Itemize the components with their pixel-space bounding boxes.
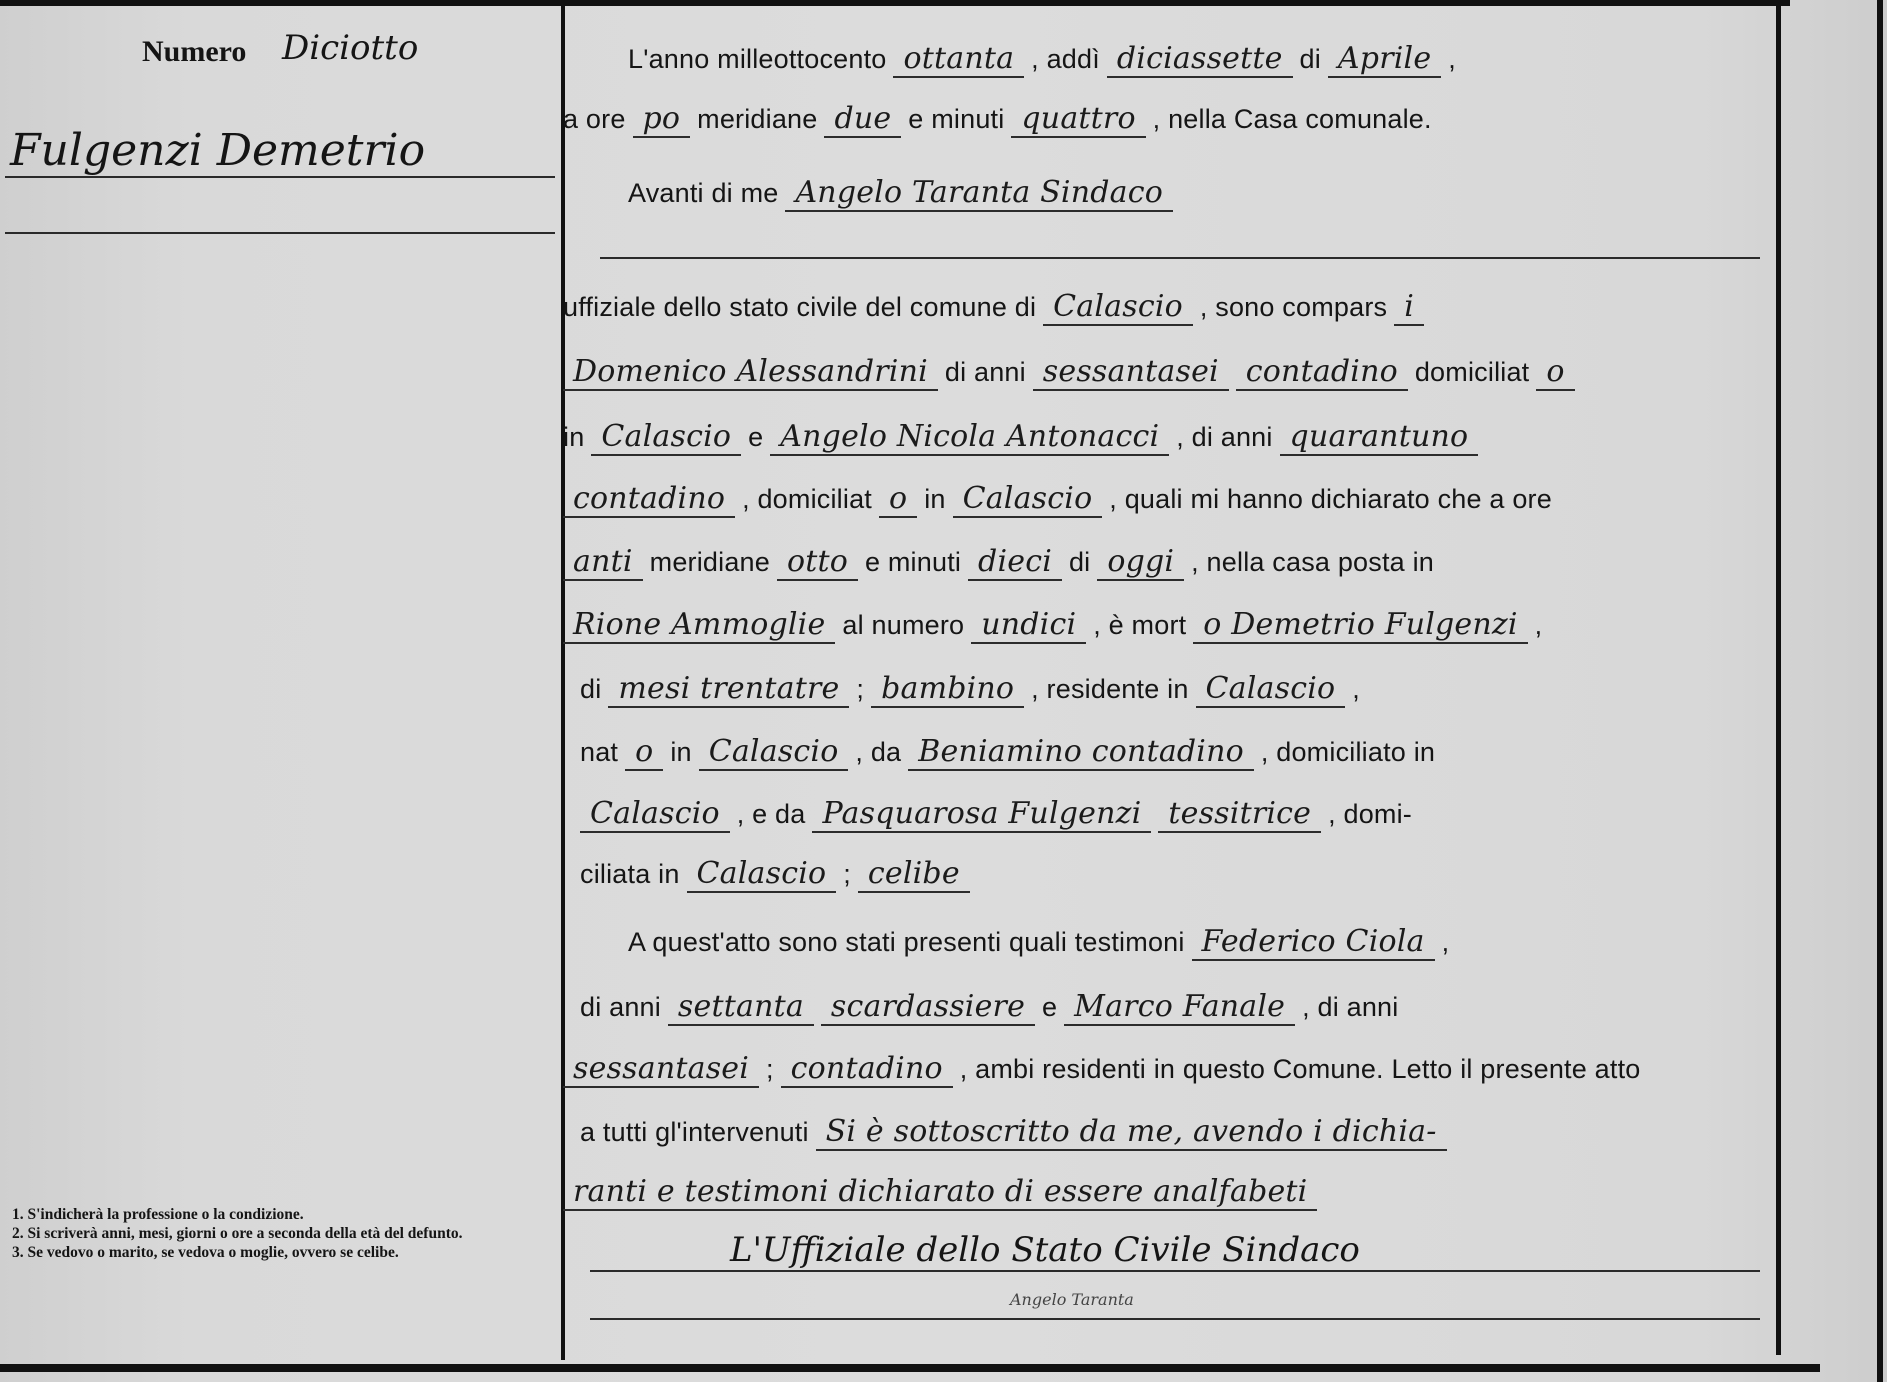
printed-text: , domiciliato in [1261,737,1435,767]
handwritten-entry: po [633,102,691,138]
printed-text: in [924,484,945,514]
deceased-name-margin: Fulgenzi Demetrio [10,125,425,176]
record-line: A quest'atto sono stati presenti quali t… [628,925,1449,961]
bottom-border [0,1364,1820,1372]
printed-text: , [1535,610,1543,640]
handwritten-entry: Rione Ammoglie [563,608,835,644]
record-line: a tutti gl'intervenuti Si è sottoscritto… [580,1115,1447,1151]
handwritten-entry: bambino [871,672,1024,708]
printed-text: di [1300,44,1321,74]
handwritten-entry: diciassette [1107,42,1293,78]
printed-text: in [563,422,584,452]
printed-text: ; [856,674,864,704]
record-line: di mesi trentatre ; bambino , residente … [580,672,1360,708]
printed-text: , ambi residenti in questo Comune. Letto… [960,1054,1641,1084]
handwritten-entry: Calascio [1196,672,1346,708]
handwritten-entry: sessantasei [563,1052,759,1088]
margin-divider [561,0,565,1360]
official-signature-line: L'Uffiziale dello Stato Civile Sindaco [730,1230,1360,1270]
printed-text: meridiane [697,104,817,134]
printed-text: e [1042,992,1057,1022]
handwritten-entry: Calascio [591,420,741,456]
printed-text: , di anni [1176,422,1272,452]
body-rule-a [600,257,1760,259]
handwritten-entry: i [1394,290,1424,326]
record-line: Avanti di me Angelo Taranta Sindaco [628,176,1173,212]
record-line: anti meridiane otto e minuti dieci di og… [563,545,1434,581]
footnote-1: 1. S'indicherà la professione o la condi… [12,1205,557,1224]
printed-text: meridiane [650,547,770,577]
top-border [0,0,1790,6]
handwritten-entry: quattro [1011,102,1145,138]
printed-text: ; [766,1054,774,1084]
handwritten-entry: settanta [668,990,814,1026]
printed-text: A quest'atto sono stati presenti quali t… [628,927,1185,957]
record-line: a ore po meridiane due e minuti quattro … [563,102,1432,138]
handwritten-entry: scardassiere [821,990,1035,1026]
printed-text: , domi- [1328,799,1412,829]
handwritten-entry: sessantasei [1033,355,1229,391]
document-page: Numero Diciotto Fulgenzi Demetrio 1. S'i… [0,0,1887,1382]
printed-text: , [1442,927,1450,957]
footnote-2: 2. Si scriverà anni, mesi, giorni o ore … [12,1224,557,1243]
printed-text: di anni [945,357,1026,387]
handwritten-entry: undici [971,608,1086,644]
printed-text: , addì [1031,44,1100,74]
printed-text: , e da [737,799,806,829]
printed-text: nat [580,737,618,767]
record-line: in Calascio e Angelo Nicola Antonacci , … [563,420,1478,456]
printed-text: di [580,674,601,704]
printed-text: , nella casa posta in [1191,547,1434,577]
handwritten-entry: Calascio [699,735,849,771]
record-line: contadino , domiciliat o in Calascio , q… [563,482,1552,518]
margin-rule-2 [5,232,555,234]
printed-text: Avanti di me [628,178,778,208]
printed-text: , è mort [1093,610,1186,640]
handwritten-entry: Calascio [953,482,1103,518]
record-line: L'anno milleottocento ottanta , addì dic… [628,42,1456,78]
record-line: uffiziale dello stato civile del comune … [563,290,1424,326]
handwritten-entry: quarantuno [1280,420,1479,456]
handwritten-entry: ottanta [893,42,1024,78]
printed-text: e minuti [908,104,1004,134]
printed-text: di [1069,547,1090,577]
handwritten-entry: Domenico Alessandrini [563,355,938,391]
handwritten-entry: tessitrice [1158,797,1321,833]
printed-text: e [748,422,763,452]
handwritten-entry: contadino [781,1052,953,1088]
handwritten-entry: o [879,482,917,518]
right-border [1776,0,1781,1355]
printed-text: di anni [580,992,661,1022]
printed-text: , da [855,737,901,767]
handwritten-entry: o [625,735,663,771]
record-line: Calascio , e da Pasquarosa Fulgenzi tess… [580,797,1412,833]
printed-text: , [1448,44,1456,74]
edge-border [1877,0,1883,1382]
printed-text: , quali mi hanno dichiarato che a ore [1109,484,1552,514]
handwritten-entry: Calascio [580,797,730,833]
handwritten-entry: Marco Fanale [1064,990,1295,1026]
handwritten-entry: anti [563,545,643,581]
handwritten-entry: o [1536,355,1574,391]
printed-text: a ore [563,104,626,134]
printed-text: , nella Casa comunale. [1153,104,1432,134]
record-line: sessantasei ; contadino , ambi residenti… [563,1052,1641,1088]
handwritten-entry: mesi trentatre [608,672,849,708]
printed-text: , sono compars [1200,292,1387,322]
footnote-3: 3. Se vedovo o marito, se vedova o mogli… [12,1243,557,1262]
body-rule-b [590,1270,1760,1272]
handwritten-entry: otto [777,545,858,581]
printed-text: ; [843,859,851,889]
handwritten-entry: Pasquarosa Fulgenzi [812,797,1151,833]
handwritten-entry: Aprile [1328,42,1441,78]
body-rule-c [590,1318,1760,1320]
handwritten-entry: due [824,102,901,138]
handwritten-entry: Calascio [1043,290,1193,326]
handwritten-entry: Beniamino contadino [908,735,1254,771]
printed-text: uffiziale dello stato civile del comune … [563,292,1036,322]
handwritten-entry: Calascio [687,857,837,893]
printed-text: L'anno milleottocento [628,44,887,74]
printed-text: a tutti gl'intervenuti [580,1117,809,1147]
handwritten-entry: contadino [1236,355,1408,391]
record-line: Domenico Alessandrini di anni sessantase… [563,355,1575,391]
handwritten-entry: Si è sottoscritto da me, avendo i dichia… [816,1115,1447,1151]
handwritten-entry: oggi [1097,545,1184,581]
printed-text: al numero [842,610,964,640]
record-line: di anni settanta scardassiere e Marco Fa… [580,990,1398,1026]
printed-text: , di anni [1302,992,1398,1022]
printed-text: e minuti [865,547,961,577]
record-line: ranti e testimoni dichiarato di essere a… [563,1175,1317,1211]
handwritten-entry: dieci [968,545,1062,581]
handwritten-entry: Angelo Taranta Sindaco [785,176,1173,212]
numero-value: Diciotto [282,28,418,68]
handwritten-entry: o Demetrio Fulgenzi [1193,608,1527,644]
handwritten-entry: celibe [858,857,970,893]
printed-text: in [670,737,691,767]
footnotes: 1. S'indicherà la professione o la condi… [12,1205,557,1262]
margin-rule-1 [5,176,555,178]
handwritten-entry: contadino [563,482,735,518]
printed-text: , residente in [1031,674,1188,704]
record-line: ciliata in Calascio ; celibe [580,857,970,893]
record-line: Rione Ammoglie al numero undici , è mort… [563,608,1542,644]
sindaco-signature: Angelo Taranta [1010,1290,1134,1309]
handwritten-entry: Federico Ciola [1192,925,1435,961]
printed-text: , [1352,674,1360,704]
handwritten-entry: Angelo Nicola Antonacci [770,420,1169,456]
printed-text: domiciliat [1415,357,1530,387]
printed-text: ciliata in [580,859,680,889]
numero-label: Numero [142,35,246,69]
printed-text: , domiciliat [742,484,872,514]
handwritten-entry: ranti e testimoni dichiarato di essere a… [563,1175,1317,1211]
record-line: nat o in Calascio , da Beniamino contadi… [580,735,1435,771]
